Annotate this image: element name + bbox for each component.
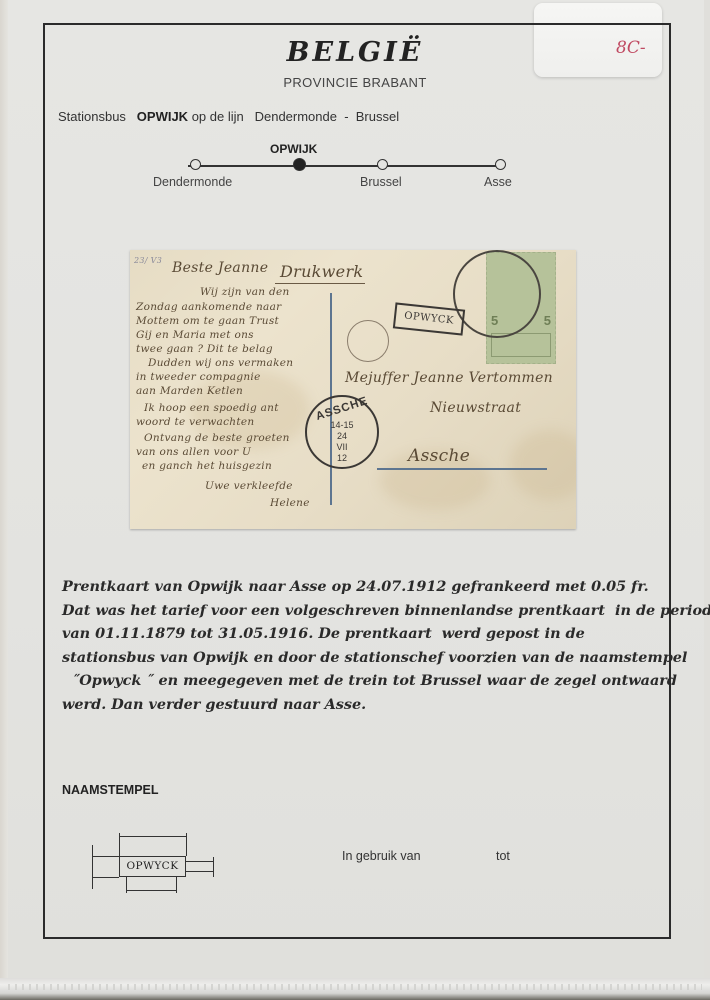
stain [510,430,576,500]
message-line: in tweeder compagnie [136,371,261,383]
stop-asse [495,159,506,170]
message-line: woord te verwachten [136,416,254,428]
description-line: Prentkaart van Opwijk naar Asse op 24.07… [62,575,662,599]
message-line: en ganch het huisgezin [142,460,272,472]
arrival-cancel-assche: ASSCHE 14-15 24 VII 12 [305,395,379,469]
line-info-station: OPWIJK [137,109,188,124]
extension-line [176,877,177,893]
line-info-route: Dendermonde - Brussel [255,109,400,124]
message-line: Mottem om te gaan Trust [136,315,279,327]
margin-note: 23/ V3 [134,256,162,265]
message-line: Wij zijn van den [200,286,290,298]
dimension-line-top [119,836,186,837]
stop-label-brussel: Brussel [360,175,402,189]
extension-line [186,871,213,872]
line-info-middle: op de lijn [192,109,244,124]
dimension-line-left [92,845,93,889]
departure-cancel [453,250,541,338]
faint-cancel [347,320,389,362]
sleeve-bottom-edge [0,978,710,1000]
stamp-value-right: 5 [544,313,551,328]
description-line: stationsbus van Opwijk en door de statio… [62,646,662,670]
extension-line [92,877,119,878]
route-map: OPWIJK Dendermonde Brussel Asse [140,140,540,200]
description-line: ˝Opwyck ˝ en meegegeven met de trein tot… [62,669,662,693]
message-line: van ons allen voor U [136,446,251,458]
cancel-year: 12 [307,453,377,463]
dimension-line-right [213,857,214,877]
extension-line [119,833,120,856]
message-line: Zondag aankomende naar [136,301,282,313]
in-use-from-label: In gebruik van [342,849,421,863]
description-line: Dat was het tarief voor een volgeschreve… [62,599,662,623]
message-line: Uwe verkleefde [205,480,293,492]
address-line: Mejuffer Jeanne Vertommen [345,370,553,386]
description-line: werd. Dan verder gestuurd naar Asse. [62,693,662,717]
line-info-prefix: Stationsbus [58,109,126,124]
greeting: Beste Jeanne [172,260,268,276]
message-line: Ik hoop een spoedig ant [144,402,279,414]
cancel-time: 14-15 [307,420,377,430]
dimension-line-bottom [126,890,176,891]
address-line: Assche [408,446,470,466]
message-line: Ontvang de beste groeten [144,432,290,444]
stop-label-asse: Asse [484,175,512,189]
page-subtitle: PROVINCIE BRABANT [0,75,710,90]
stop-dendermonde [190,159,201,170]
current-station-label: OPWIJK [270,142,317,156]
route-track [188,165,503,167]
in-use-to-label: tot [496,849,510,863]
print-label: Drukwerk [280,262,363,281]
message-line: Dudden wij ons vermaken [148,357,293,369]
stop-opwijk [293,158,306,171]
naamstempel-box: OPWYCK [119,856,186,877]
signature: Helene [270,497,310,509]
naamstempel-diagram: OPWYCK [88,833,223,898]
description: Prentkaart van Opwijk naar Asse op 24.07… [62,575,662,716]
address-underline [377,468,547,470]
message-line: aan Marden Ketlen [136,385,243,397]
description-line: van 01.11.1879 tot 31.05.1916. De prentk… [62,622,662,646]
line-info: Stationsbus OPWIJK op de lijn Dendermond… [58,109,399,124]
message-line: twee gaan ? Dit te belag [136,343,273,355]
cancel-month: VII [307,442,377,452]
postcard-image: 23/ V3 Beste Jeanne Drukwerk Wij zijn va… [130,250,576,529]
cancel-day: 24 [307,431,377,441]
sleeve-perforation [8,984,702,990]
extension-line [186,861,213,862]
extension-line [92,856,119,857]
page-title: BELGIË [0,37,710,68]
address-line: Nieuwstraat [430,400,521,416]
stop-brussel [377,159,388,170]
message-line: Gij en Maria met ons [136,329,254,341]
stop-label-dendermonde: Dendermonde [153,175,232,189]
naamstempel-heading: NAAMSTEMPEL [62,783,159,797]
extension-line [186,833,187,856]
underline [275,283,365,284]
